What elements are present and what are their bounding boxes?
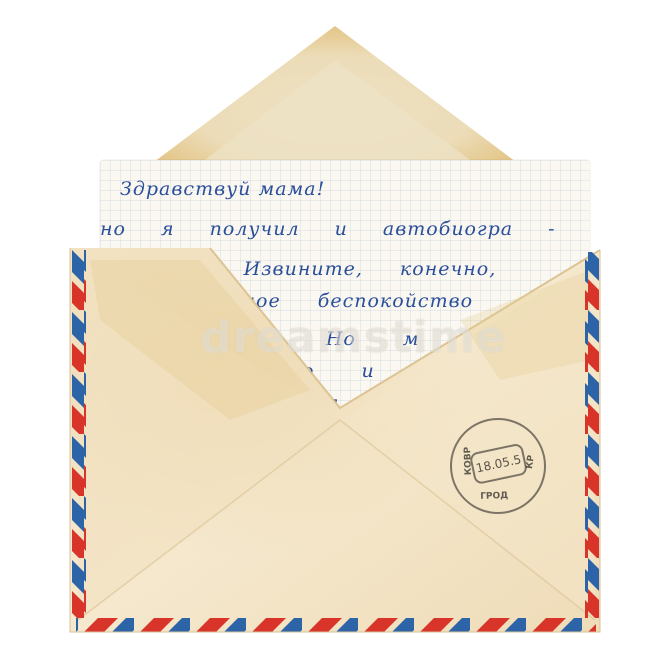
letter-line: Здравствуй мама! [120, 178, 325, 200]
postmark-ring-text: КР [525, 454, 537, 469]
letter-line: тогее Извините, конечно, [140, 258, 496, 280]
watermark: dreamstime [200, 312, 507, 363]
letter-line: нно и [275, 360, 375, 382]
letter-line: ва [315, 392, 339, 414]
handwritten-letter: Здравствуй мама! но я получил и автобиог… [100, 160, 590, 420]
postmark-date: 18.05.5 [469, 443, 528, 486]
postmark-ring-text: ГРОД [480, 491, 508, 502]
envelope-photo: Здравствуй мама! но я получил и автобиог… [0, 0, 670, 668]
postmark-ring-text: КОВР [463, 447, 474, 476]
letter-line: но я получил и автобиогра - [100, 218, 556, 240]
letter-line: иненное беспокойство [190, 290, 473, 312]
